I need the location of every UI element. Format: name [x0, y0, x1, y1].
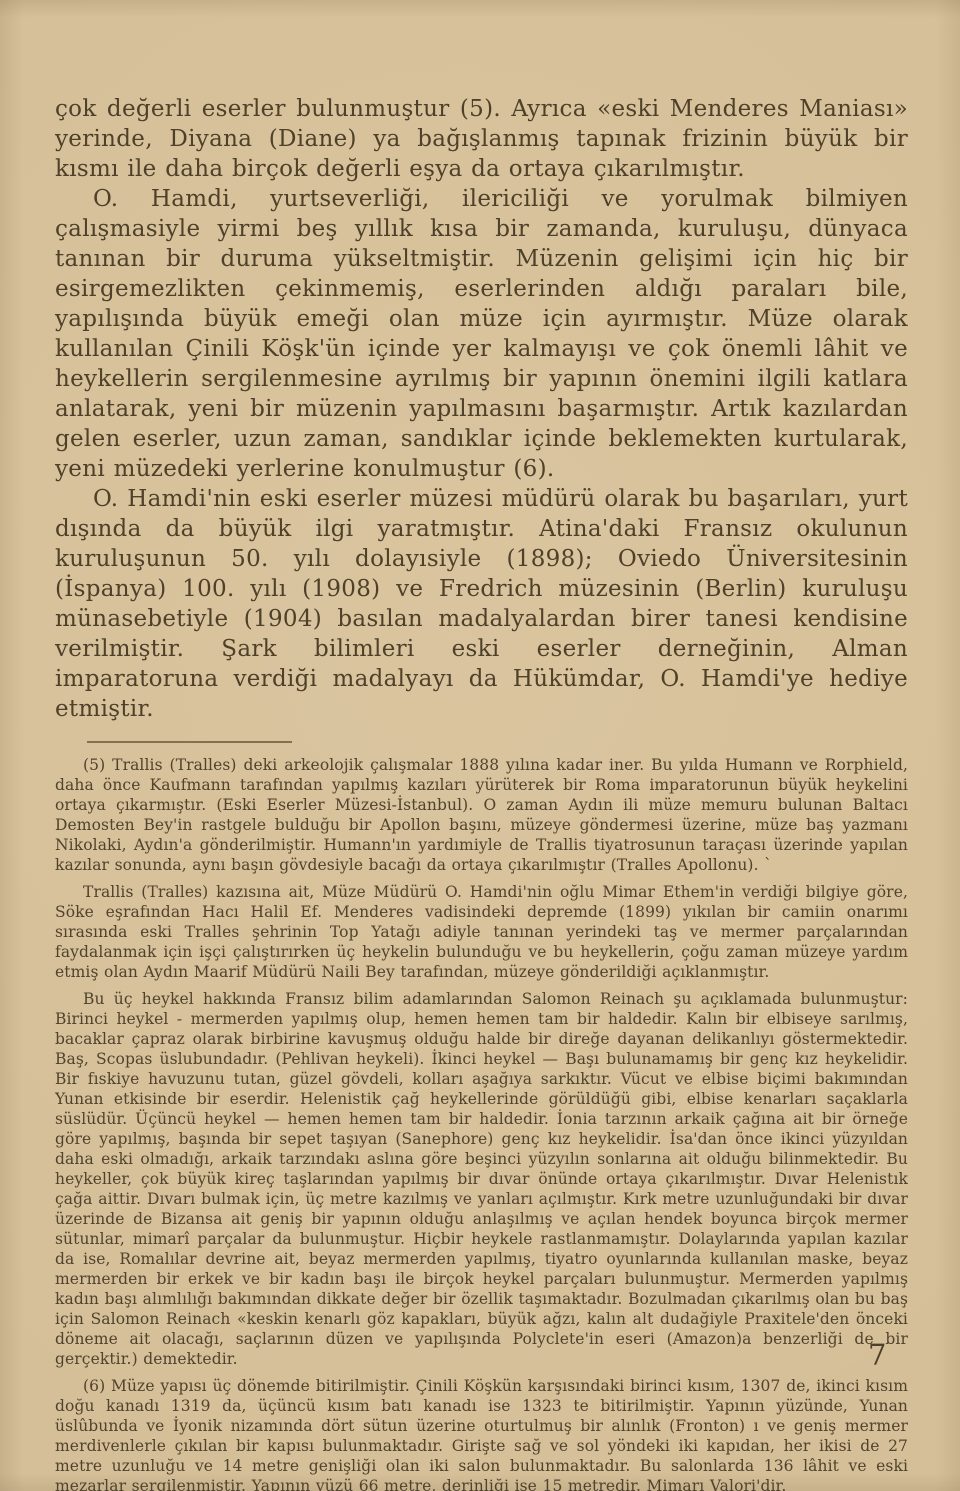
footnotes-block: (5) Trallis (Tralles) deki arkeolojik ça…: [0, 755, 960, 1491]
book-page: çok değerli eserler bulunmuştur (5). Ayr…: [0, 0, 960, 1491]
footnote-paragraph: Trallis (Tralles) kazısına ait, Müze Müd…: [55, 882, 908, 982]
body-paragraph: O. Hamdi, yurtseverliği, ilericiliği ve …: [55, 184, 908, 484]
footnote-separator: [87, 741, 292, 743]
page-number: 7: [868, 1338, 886, 1372]
body-paragraph: çok değerli eserler bulunmuştur (5). Ayr…: [55, 94, 908, 184]
footnote-paragraph: Bu üç heykel hakkında Fransız bilim adam…: [55, 989, 908, 1369]
main-text-block: çok değerli eserler bulunmuştur (5). Ayr…: [0, 0, 960, 724]
footnote-paragraph: (6) Müze yapısı üç dönemde bitirilmiştir…: [55, 1376, 908, 1491]
footnote-paragraph: (5) Trallis (Tralles) deki arkeolojik ça…: [55, 755, 908, 875]
body-paragraph: O. Hamdi'nin eski eserler müzesi müdürü …: [55, 484, 908, 724]
